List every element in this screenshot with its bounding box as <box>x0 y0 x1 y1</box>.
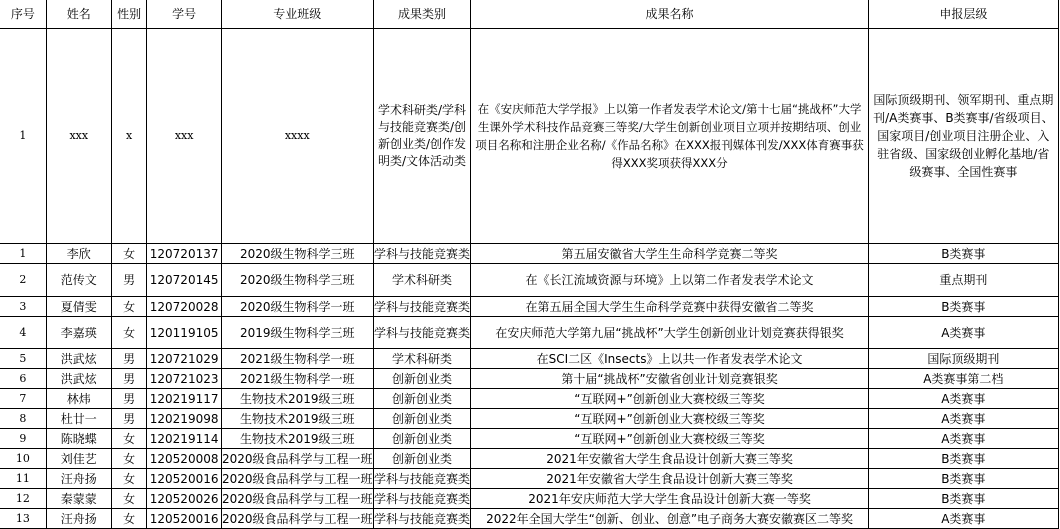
table-row: 11汪舟扬女1205200162020级食品科学与工程一班学科与技能竞赛类202… <box>0 469 1059 489</box>
cell-gender[interactable]: 女 <box>111 317 146 349</box>
cell-level[interactable]: 重点期刊 <box>868 264 1058 297</box>
cell-no[interactable]: 13 <box>0 509 46 529</box>
cell-gender[interactable]: 女 <box>111 509 146 529</box>
cell-student-id[interactable]: 120219117 <box>147 389 222 409</box>
header-achievement[interactable]: 成果名称 <box>471 0 868 29</box>
cell-student-id[interactable]: 120520016 <box>147 509 222 529</box>
cell-gender[interactable]: 女 <box>111 469 146 489</box>
cell-class[interactable]: xxxx <box>221 29 373 244</box>
cell-no[interactable]: 1 <box>0 244 46 264</box>
cell-level[interactable]: B类赛事 <box>868 469 1058 489</box>
cell-level[interactable]: A类赛事 <box>868 389 1058 409</box>
achievement-table: 序号 姓名 性别 学号 专业班级 成果类别 成果名称 申报层级 1 xxx x … <box>0 0 1059 529</box>
cell-name[interactable]: 秦蒙蒙 <box>46 489 111 509</box>
cell-no[interactable]: 5 <box>0 349 46 369</box>
cell-no[interactable]: 4 <box>0 317 46 349</box>
cell-name[interactable]: xxx <box>46 29 111 244</box>
cell-gender[interactable]: x <box>111 29 146 244</box>
cell-level[interactable]: B类赛事 <box>868 297 1058 317</box>
table-row: 13汪舟扬女1205200162020级食品科学与工程一班学科与技能竞赛类202… <box>0 509 1059 529</box>
header-class[interactable]: 专业班级 <box>221 0 373 29</box>
table-row: 7林炜男120219117生物技术2019级三班创新创业类“互联网+”创新创业大… <box>0 389 1059 409</box>
table-row: 5洪武炫男1207210292021级生物科学一班学术科研类在SCI二区《Ins… <box>0 349 1059 369</box>
cell-class[interactable]: 2021级生物科学一班 <box>221 349 373 369</box>
header-student-id[interactable]: 学号 <box>147 0 222 29</box>
header-category[interactable]: 成果类别 <box>373 0 471 29</box>
cell-no[interactable]: 2 <box>0 264 46 297</box>
cell-class[interactable]: 2021级生物科学一班 <box>221 369 373 389</box>
cell-class[interactable]: 2019级生物科学三班 <box>221 317 373 349</box>
cell-name[interactable]: 李嘉瑛 <box>46 317 111 349</box>
cell-name[interactable]: 汪舟扬 <box>46 509 111 529</box>
cell-no[interactable]: 6 <box>0 369 46 389</box>
cell-category[interactable]: 创新创业类 <box>373 389 471 409</box>
cell-achievement[interactable]: 2021年安庆师范大学大学生食品设计创新大赛一等奖 <box>471 489 868 509</box>
cell-class[interactable]: 2020级生物科学三班 <box>221 244 373 264</box>
cell-gender[interactable]: 女 <box>111 297 146 317</box>
cell-student-id[interactable]: 120119105 <box>147 317 222 349</box>
cell-achievement[interactable]: 在《长江流域资源与环境》上以第二作者发表学术论文 <box>471 264 868 297</box>
cell-student-id[interactable]: 120219098 <box>147 409 222 429</box>
table-row: 6洪武炫男1207210232021级生物科学一班创新创业类第十届“挑战杯”安徽… <box>0 369 1059 389</box>
cell-gender[interactable]: 女 <box>111 244 146 264</box>
cell-achievement[interactable]: 在第五届全国大学生生命科学竞赛中获得安徽省二等奖 <box>471 297 868 317</box>
cell-class[interactable]: 生物技术2019级三班 <box>221 429 373 449</box>
cell-level[interactable]: B类赛事 <box>868 489 1058 509</box>
cell-category[interactable]: 学科与技能竞赛类 <box>373 469 471 489</box>
cell-achievement[interactable]: 在安庆师范大学第九届“挑战杯”大学生创新创业计划竞赛获得银奖 <box>471 317 868 349</box>
cell-class[interactable]: 生物技术2019级三班 <box>221 409 373 429</box>
cell-level[interactable]: A类赛事 <box>868 409 1058 429</box>
cell-category[interactable]: 学科与技能竞赛类 <box>373 244 471 264</box>
cell-class[interactable]: 生物技术2019级三班 <box>221 389 373 409</box>
cell-no[interactable]: 9 <box>0 429 46 449</box>
table-row: 10刘佳艺女1205200082020级食品科学与工程一班创新创业类2021年安… <box>0 449 1059 469</box>
cell-level[interactable]: A类赛事 <box>868 317 1058 349</box>
cell-gender[interactable]: 男 <box>111 264 146 297</box>
header-level[interactable]: 申报层级 <box>868 0 1058 29</box>
cell-achievement[interactable]: 2022年全国大学生“创新、创业、创意”电子商务大赛安徽赛区二等奖 <box>471 509 868 529</box>
template-row: 1 xxx x xxx xxxx 学术科研类/学科与技能竞赛类/创新创业类/创作… <box>0 29 1059 244</box>
cell-level[interactable]: 国际顶级期刊、领军期刊、重点期刊/A类赛事、B类赛事/省级项目、国家项目/创业项… <box>868 29 1058 244</box>
cell-gender[interactable]: 男 <box>111 369 146 389</box>
cell-name[interactable]: 刘佳艺 <box>46 449 111 469</box>
cell-gender[interactable]: 女 <box>111 429 146 449</box>
cell-level[interactable]: A类赛事第二档 <box>868 369 1058 389</box>
cell-level[interactable]: B类赛事 <box>868 244 1058 264</box>
cell-category[interactable]: 学科与技能竞赛类 <box>373 509 471 529</box>
table-row: 3夏倩雯女1207200282020级生物科学一班学科与技能竞赛类在第五届全国大… <box>0 297 1059 317</box>
cell-achievement[interactable]: 在SCI二区《Insects》上以共一作者发表学术论文 <box>471 349 868 369</box>
cell-no[interactable]: 8 <box>0 409 46 429</box>
cell-category[interactable]: 学术科研类 <box>373 349 471 369</box>
cell-class[interactable]: 2020级生物科学一班 <box>221 297 373 317</box>
cell-category[interactable]: 创新创业类 <box>373 409 471 429</box>
cell-gender[interactable]: 男 <box>111 349 146 369</box>
cell-name[interactable]: 林炜 <box>46 389 111 409</box>
cell-category[interactable]: 学科与技能竞赛类 <box>373 297 471 317</box>
table-row: 9陈晓蝶女120219114生物技术2019级三班创新创业类“互联网+”创新创业… <box>0 429 1059 449</box>
cell-no[interactable]: 10 <box>0 449 46 469</box>
header-gender[interactable]: 性别 <box>111 0 146 29</box>
table-row: 8杜廿一男120219098生物技术2019级三班创新创业类“互联网+”创新创业… <box>0 409 1059 429</box>
cell-level[interactable]: A类赛事 <box>868 509 1058 529</box>
cell-student-id[interactable]: 120219114 <box>147 429 222 449</box>
cell-class[interactable]: 2020级食品科学与工程一班 <box>221 509 373 529</box>
cell-name[interactable]: 范传文 <box>46 264 111 297</box>
cell-student-id[interactable]: 120720028 <box>147 297 222 317</box>
cell-level[interactable]: A类赛事 <box>868 429 1058 449</box>
cell-class[interactable]: 2020级食品科学与工程一班 <box>221 449 373 469</box>
cell-name[interactable]: 李欣 <box>46 244 111 264</box>
cell-achievement[interactable]: 在《安庆师范大学学报》上以第一作者发表学术论文/第十七届“挑战杯”大学生课外学术… <box>471 29 868 244</box>
cell-name[interactable]: 洪武炫 <box>46 349 111 369</box>
cell-level[interactable]: 国际顶级期刊 <box>868 349 1058 369</box>
header-row: 序号 姓名 性别 学号 专业班级 成果类别 成果名称 申报层级 <box>0 0 1059 29</box>
cell-name[interactable]: 陈晓蝶 <box>46 429 111 449</box>
cell-student-id[interactable]: 120520008 <box>147 449 222 469</box>
cell-achievement[interactable]: “互联网+”创新创业大赛校级三等奖 <box>471 389 868 409</box>
cell-student-id[interactable]: xxx <box>147 29 222 244</box>
cell-gender[interactable]: 男 <box>111 409 146 429</box>
cell-student-id[interactable]: 120720145 <box>147 264 222 297</box>
cell-name[interactable]: 汪舟扬 <box>46 469 111 489</box>
cell-achievement[interactable]: 2021年安徽省大学生食品设计创新大赛三等奖 <box>471 449 868 469</box>
cell-student-id[interactable]: 120721029 <box>147 349 222 369</box>
cell-student-id[interactable]: 120720137 <box>147 244 222 264</box>
cell-category[interactable]: 创新创业类 <box>373 369 471 389</box>
cell-class[interactable]: 2020级生物科学三班 <box>221 264 373 297</box>
cell-level[interactable]: B类赛事 <box>868 449 1058 469</box>
table-row: 4李嘉瑛女1201191052019级生物科学三班学科与技能竞赛类在安庆师范大学… <box>0 317 1059 349</box>
cell-category[interactable]: 学科与技能竞赛类 <box>373 317 471 349</box>
cell-no[interactable]: 11 <box>0 469 46 489</box>
cell-achievement[interactable]: 2021年安徽省大学生食品设计创新大赛三等奖 <box>471 469 868 489</box>
cell-student-id[interactable]: 120520026 <box>147 489 222 509</box>
cell-gender[interactable]: 男 <box>111 389 146 409</box>
cell-category[interactable]: 创新创业类 <box>373 429 471 449</box>
cell-name[interactable]: 杜廿一 <box>46 409 111 429</box>
cell-no[interactable]: 1 <box>0 29 46 244</box>
cell-category[interactable]: 学术科研类 <box>373 264 471 297</box>
cell-category[interactable]: 学科与技能竞赛类 <box>373 489 471 509</box>
cell-student-id[interactable]: 120721023 <box>147 369 222 389</box>
cell-class[interactable]: 2020级食品科学与工程一班 <box>221 489 373 509</box>
cell-student-id[interactable]: 120520016 <box>147 469 222 489</box>
cell-no[interactable]: 7 <box>0 389 46 409</box>
cell-category[interactable]: 学术科研类/学科与技能竞赛类/创新创业类/创作发明类/文体活动类 <box>373 29 471 244</box>
cell-category[interactable]: 创新创业类 <box>373 449 471 469</box>
cell-achievement[interactable]: 第十届“挑战杯”安徽省创业计划竞赛银奖 <box>471 369 868 389</box>
header-name[interactable]: 姓名 <box>46 0 111 29</box>
table-row: 12秦蒙蒙女1205200262020级食品科学与工程一班学科与技能竞赛类202… <box>0 489 1059 509</box>
table-row: 2范传文男1207201452020级生物科学三班学术科研类在《长江流域资源与环… <box>0 264 1059 297</box>
cell-gender[interactable]: 女 <box>111 449 146 469</box>
cell-achievement[interactable]: 第五届安徽省大学生生命科学竞赛二等奖 <box>471 244 868 264</box>
cell-achievement[interactable]: “互联网+”创新创业大赛校级三等奖 <box>471 429 868 449</box>
cell-name[interactable]: 洪武炫 <box>46 369 111 389</box>
cell-gender[interactable]: 女 <box>111 489 146 509</box>
table-row: 1李欣女1207201372020级生物科学三班学科与技能竞赛类第五届安徽省大学… <box>0 244 1059 264</box>
cell-no[interactable]: 12 <box>0 489 46 509</box>
cell-achievement[interactable]: “互联网+”创新创业大赛校级三等奖 <box>471 409 868 429</box>
cell-name[interactable]: 夏倩雯 <box>46 297 111 317</box>
cell-class[interactable]: 2020级食品科学与工程一班 <box>221 469 373 489</box>
cell-no[interactable]: 3 <box>0 297 46 317</box>
header-no[interactable]: 序号 <box>0 0 46 29</box>
